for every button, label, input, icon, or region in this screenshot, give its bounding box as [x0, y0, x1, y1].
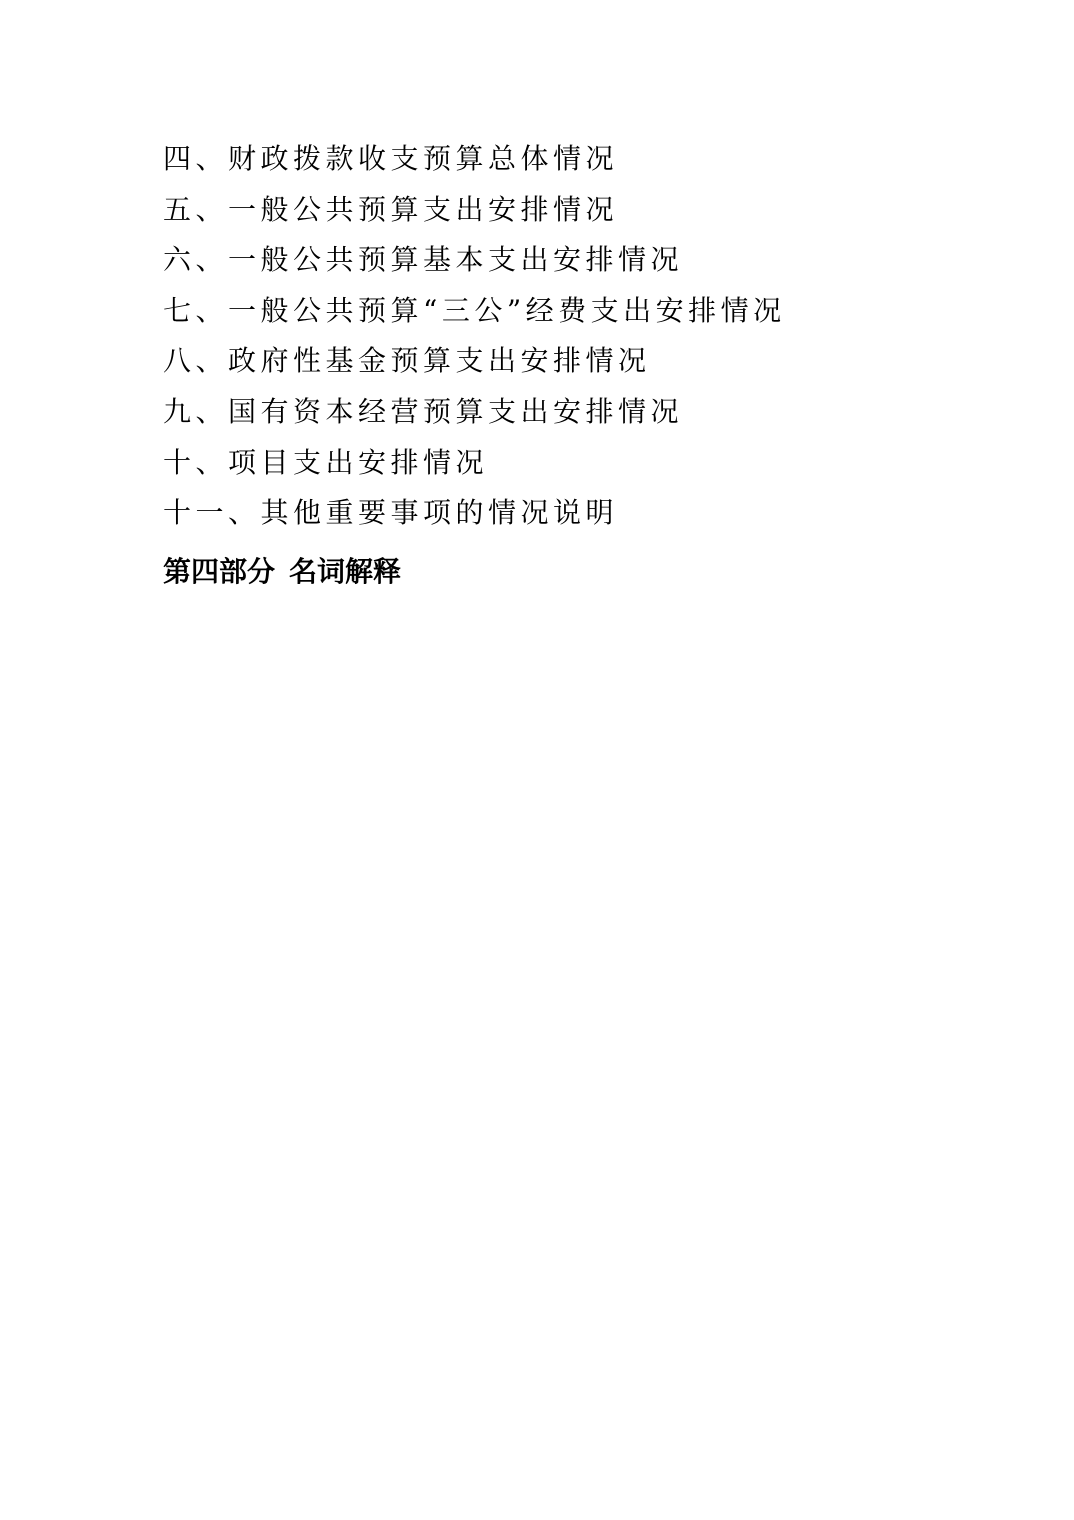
- toc-item-number: 四、: [163, 142, 228, 175]
- toc-item-label: 政府性基金预算支出安排情况: [228, 344, 651, 377]
- toc-item: 七、一般公共预算“三公”经费支出安排情况: [163, 292, 786, 343]
- toc-item-label: 项目支出安排情况: [228, 446, 488, 479]
- toc-item: 十一、其他重要事项的情况说明: [163, 494, 786, 545]
- toc-item-number: 五、: [163, 193, 228, 226]
- section-heading-part: 第四部分: [163, 555, 275, 588]
- toc-item-label: 国有资本经营预算支出安排情况: [228, 395, 683, 428]
- toc-item: 八、政府性基金预算支出安排情况: [163, 342, 786, 393]
- toc-item-label: 财政拨款收支预算总体情况: [228, 142, 618, 175]
- toc-item-number: 十一、: [163, 496, 261, 529]
- toc-item-label: 一般公共预算基本支出安排情况: [228, 243, 683, 276]
- section-heading: 第四部分名词解释: [163, 552, 401, 592]
- document-page: 四、财政拨款收支预算总体情况 五、一般公共预算支出安排情况 六、一般公共预算基本…: [0, 0, 1074, 1520]
- toc-item-number: 七、: [163, 294, 228, 327]
- toc-item-number: 十、: [163, 446, 228, 479]
- toc-item-number: 九、: [163, 395, 228, 428]
- table-of-contents: 四、财政拨款收支预算总体情况 五、一般公共预算支出安排情况 六、一般公共预算基本…: [163, 140, 786, 545]
- toc-item-label: 一般公共预算“三公”经费支出安排情况: [228, 294, 786, 327]
- toc-item: 六、一般公共预算基本支出安排情况: [163, 241, 786, 292]
- toc-item: 十、项目支出安排情况: [163, 444, 786, 495]
- toc-item: 九、国有资本经营预算支出安排情况: [163, 393, 786, 444]
- toc-item-label: 一般公共预算支出安排情况: [228, 193, 618, 226]
- toc-item-number: 六、: [163, 243, 228, 276]
- toc-item-number: 八、: [163, 344, 228, 377]
- toc-item: 五、一般公共预算支出安排情况: [163, 191, 786, 242]
- section-heading-title: 名词解释: [289, 555, 401, 588]
- toc-item-label: 其他重要事项的情况说明: [261, 496, 619, 529]
- toc-item: 四、财政拨款收支预算总体情况: [163, 140, 786, 191]
